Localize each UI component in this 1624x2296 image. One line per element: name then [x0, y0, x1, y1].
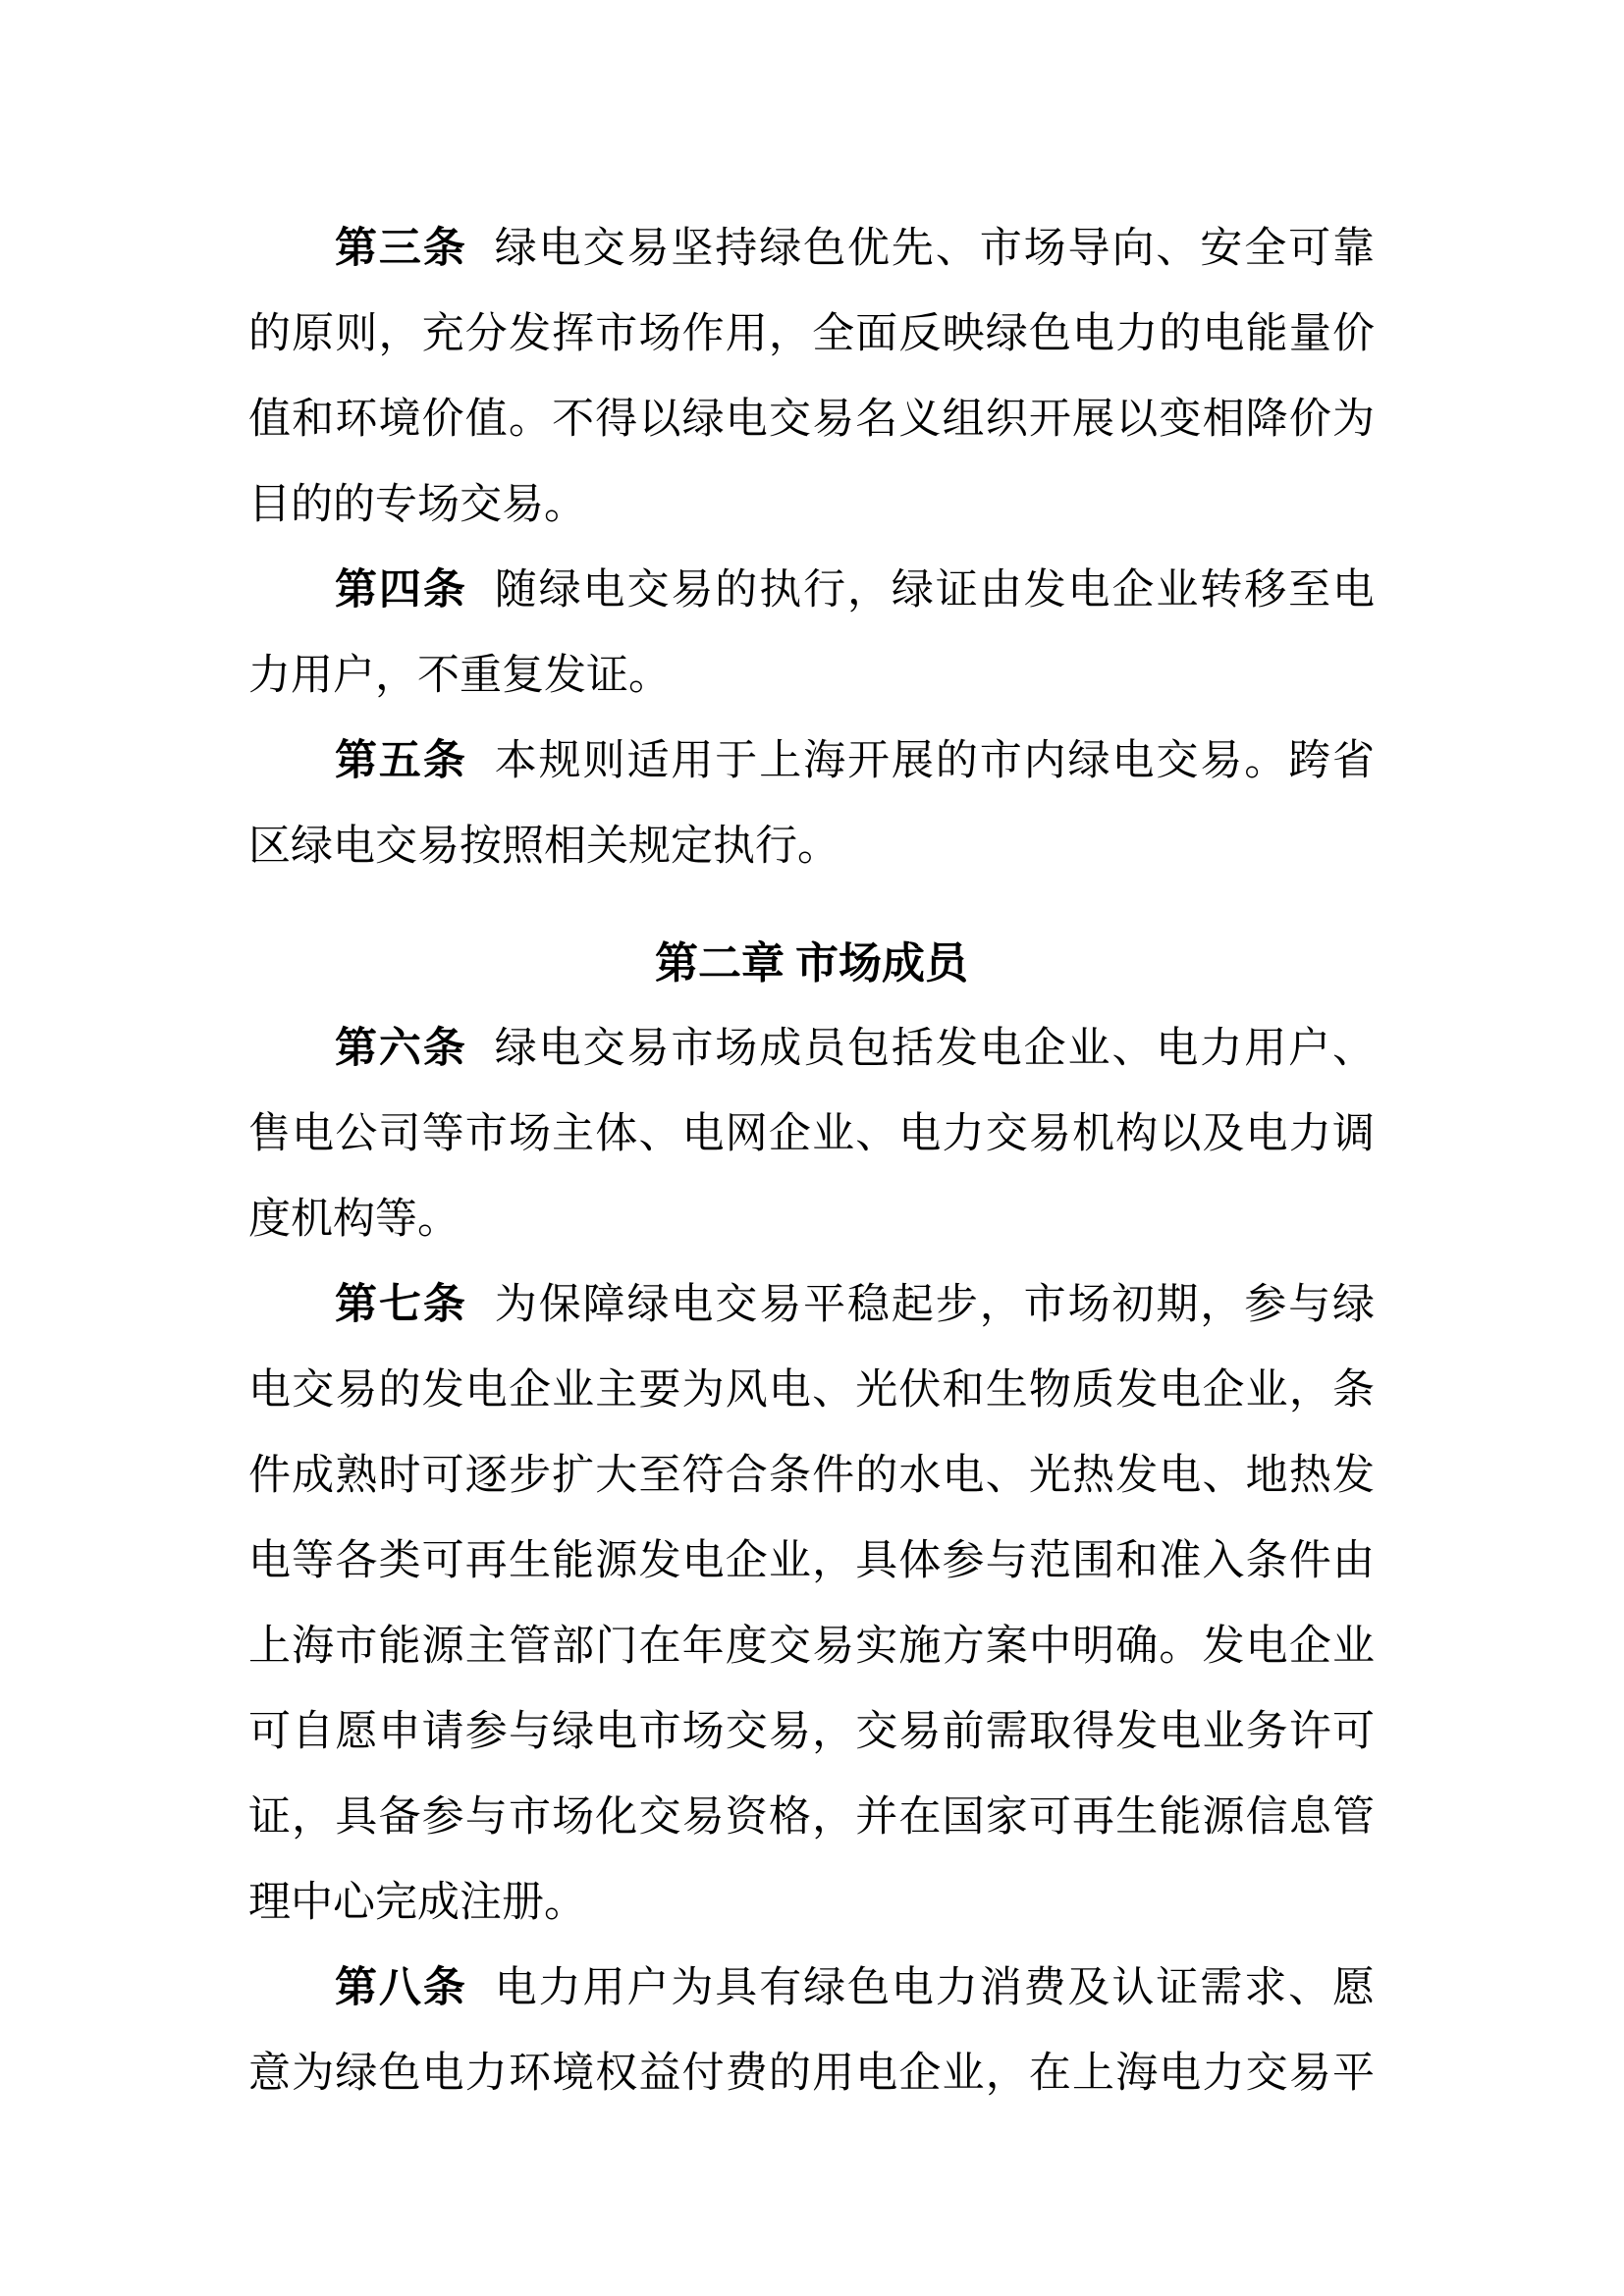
- text-line: 的原则，充分发挥市场作用，全面反映绿色电力的电能量价: [248, 292, 1375, 377]
- article-number: 第三条: [335, 226, 467, 272]
- line-text: 绿电交易市场成员包括发电企业、电力用户、: [495, 1026, 1375, 1072]
- line-text: 售电公司等市场主体、电网企业、电力交易机构以及电力调: [248, 1111, 1375, 1157]
- text-line: 力用户，不重复发证。: [248, 633, 1375, 719]
- document-page: 第三条绿电交易坚持绿色优先、市场导向、安全可靠的原则，充分发挥市场作用，全面反映…: [0, 0, 1624, 2296]
- line-text: 随绿电交易的执行，绿证由发电企业转移至电: [495, 567, 1375, 614]
- text-line: 值和环境价值。不得以绿电交易名义组织开展以变相降价为: [248, 377, 1375, 462]
- line-text: 电交易的发电企业主要为风电、光伏和生物质发电企业，条: [248, 1367, 1375, 1414]
- line-text: 电力用户为具有绿色电力消费及认证需求、愿: [495, 1965, 1375, 2011]
- line-text: 电等各类可再生能源发电企业，具体参与范围和准入条件由: [248, 1538, 1375, 1584]
- text-line: 件成熟时可逐步扩大至符合条件的水电、光热发电、地热发: [248, 1433, 1375, 1519]
- text-line: 售电公司等市场主体、电网企业、电力交易机构以及电力调: [248, 1092, 1375, 1177]
- text-line: 上海市能源主管部门在年度交易实施方案中明确。发电企业: [248, 1604, 1375, 1689]
- text-line: 第四条随绿电交易的执行，绿证由发电企业转移至电: [248, 548, 1375, 633]
- line-text: 上海市能源主管部门在年度交易实施方案中明确。发电企业: [248, 1624, 1375, 1670]
- article-number: 第七条: [335, 1282, 467, 1328]
- line-text: 件成熟时可逐步扩大至符合条件的水电、光热发电、地热发: [248, 1453, 1375, 1499]
- line-text: 本规则适用于上海开展的市内绿电交易。跨省: [495, 738, 1375, 784]
- text-line: 第三条绿电交易坚持绿色优先、市场导向、安全可靠: [248, 206, 1375, 292]
- text-line: 第七条为保障绿电交易平稳起步，市场初期，参与绿: [248, 1262, 1375, 1348]
- document-body: 第三条绿电交易坚持绿色优先、市场导向、安全可靠的原则，充分发挥市场作用，全面反映…: [248, 206, 1375, 2116]
- line-text: 可自愿申请参与绿电市场交易，交易前需取得发电业务许可: [248, 1709, 1375, 1755]
- line-text: 目的的专场交易。: [248, 482, 586, 528]
- text-line: 理中心完成注册。: [248, 1860, 1375, 1946]
- text-line: 电等各类可再生能源发电企业，具体参与范围和准入条件由: [248, 1519, 1375, 1604]
- text-line: 可自愿申请参与绿电市场交易，交易前需取得发电业务许可: [248, 1689, 1375, 1775]
- text-line: 电交易的发电企业主要为风电、光伏和生物质发电企业，条: [248, 1348, 1375, 1433]
- text-line: 度机构等。: [248, 1177, 1375, 1262]
- line-text: 值和环境价值。不得以绿电交易名义组织开展以变相降价为: [248, 397, 1375, 443]
- text-line: 证，具备参与市场化交易资格，并在国家可再生能源信息管: [248, 1775, 1375, 1860]
- line-text: 区绿电交易按照相关规定执行。: [248, 824, 839, 870]
- article-number: 第五条: [335, 738, 467, 784]
- line-text: 度机构等。: [248, 1197, 460, 1243]
- article-number: 第四条: [335, 567, 467, 614]
- article-number: 第六条: [335, 1026, 467, 1072]
- text-line: 目的的专场交易。: [248, 462, 1375, 548]
- article-number: 第八条: [335, 1965, 467, 2011]
- text-line: 第六条绿电交易市场成员包括发电企业、电力用户、: [248, 1006, 1375, 1092]
- line-text: 力用户，不重复发证。: [248, 653, 671, 699]
- line-text: 证，具备参与市场化交易资格，并在国家可再生能源信息管: [248, 1794, 1375, 1841]
- text-line: 第八条电力用户为具有绿色电力消费及认证需求、愿: [248, 1946, 1375, 2031]
- line-text: 的原则，充分发挥市场作用，全面反映绿色电力的电能量价: [248, 311, 1375, 357]
- line-text: 理中心完成注册。: [248, 1880, 586, 1926]
- line-text: 意为绿色电力环境权益付费的用电企业，在上海电力交易平: [248, 2051, 1375, 2097]
- text-line: 第五条本规则适用于上海开展的市内绿电交易。跨省: [248, 719, 1375, 804]
- text-line: 意为绿色电力环境权益付费的用电企业，在上海电力交易平: [248, 2031, 1375, 2116]
- line-text: 绿电交易坚持绿色优先、市场导向、安全可靠: [495, 226, 1375, 272]
- text-line: 区绿电交易按照相关规定执行。: [248, 804, 1375, 889]
- chapter-heading: 第二章 市场成员: [248, 921, 1375, 1006]
- line-text: 为保障绿电交易平稳起步，市场初期，参与绿: [495, 1282, 1375, 1328]
